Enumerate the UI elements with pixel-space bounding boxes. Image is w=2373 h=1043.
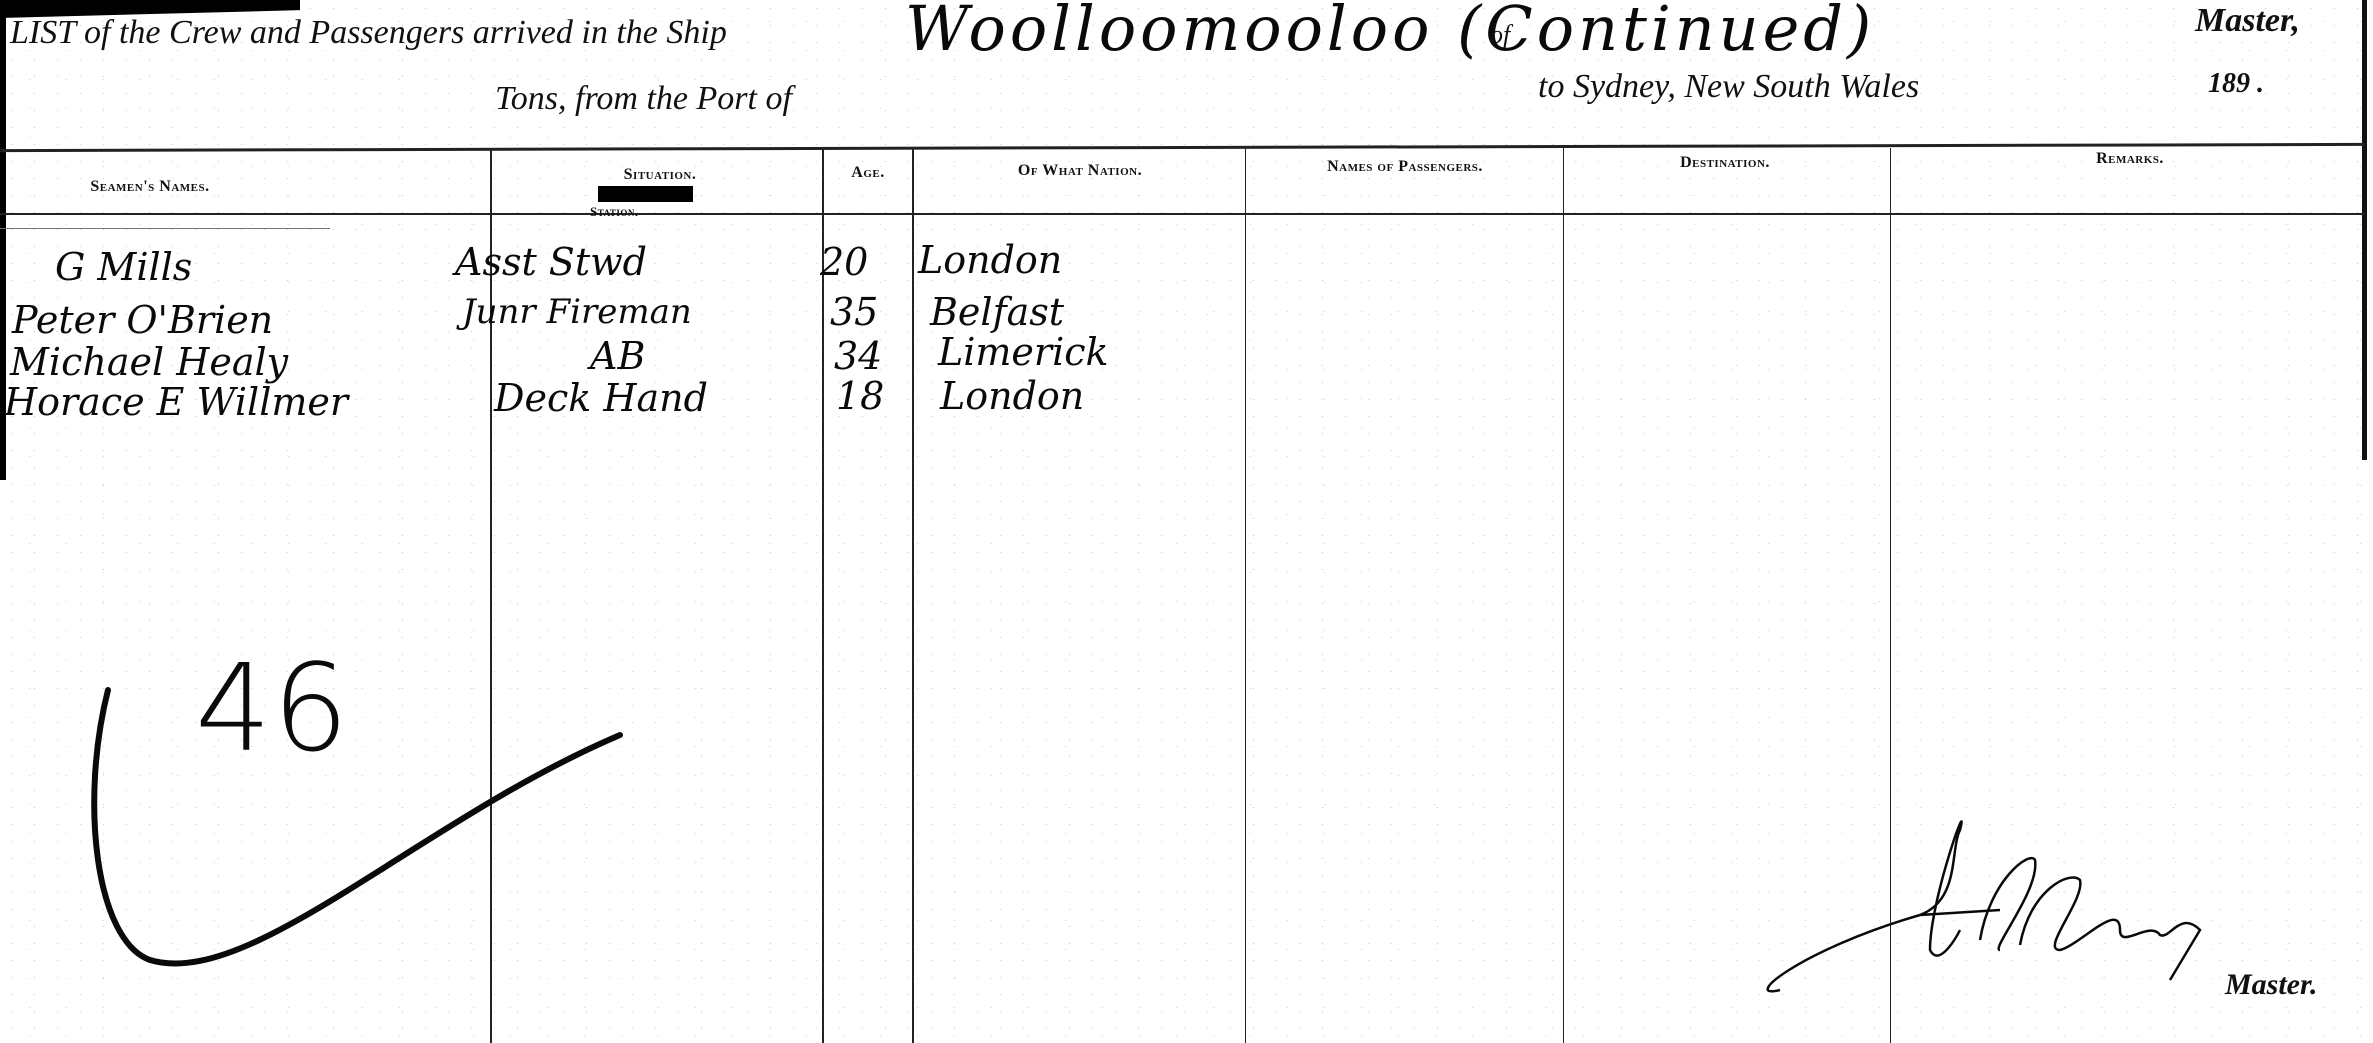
master-signature-label: Master. (2225, 968, 2318, 1002)
crew-age: 20 (820, 240, 868, 284)
crew-age: 34 (834, 334, 882, 378)
column-header-age: Age. (826, 164, 910, 182)
column-divider-4 (1245, 148, 1246, 1043)
scan-edge-right (2362, 0, 2367, 460)
column-divider-3 (912, 148, 914, 1043)
of-label: of (1490, 20, 1510, 50)
svg-text:J. Albery: J. Albery (1700, 748, 1704, 751)
column-header-nation: Of What Nation. (960, 162, 1200, 180)
year-label: 189 . (2208, 68, 2264, 100)
crew-nation: London (940, 374, 1084, 418)
column-header-passenger-names: Names of Passengers. (1270, 158, 1540, 176)
column-header-remarks: Remarks. (2040, 150, 2220, 168)
crew-age: 35 (830, 290, 878, 334)
crew-age: 18 (836, 374, 884, 418)
crew-nation: Belfast (930, 290, 1064, 334)
column-header-destination: Destination. (1600, 154, 1850, 172)
column-divider-5 (1563, 148, 1564, 1043)
ship-name: Woolloomooloo (Continued) (905, 0, 1875, 65)
swoosh-mark-icon (0, 0, 700, 1043)
destination-label: to Sydney, New South Wales (1538, 68, 1919, 106)
crew-nation: London (918, 238, 1062, 282)
master-label: Master, (2195, 2, 2300, 40)
crew-nation: Limerick (938, 330, 1109, 374)
